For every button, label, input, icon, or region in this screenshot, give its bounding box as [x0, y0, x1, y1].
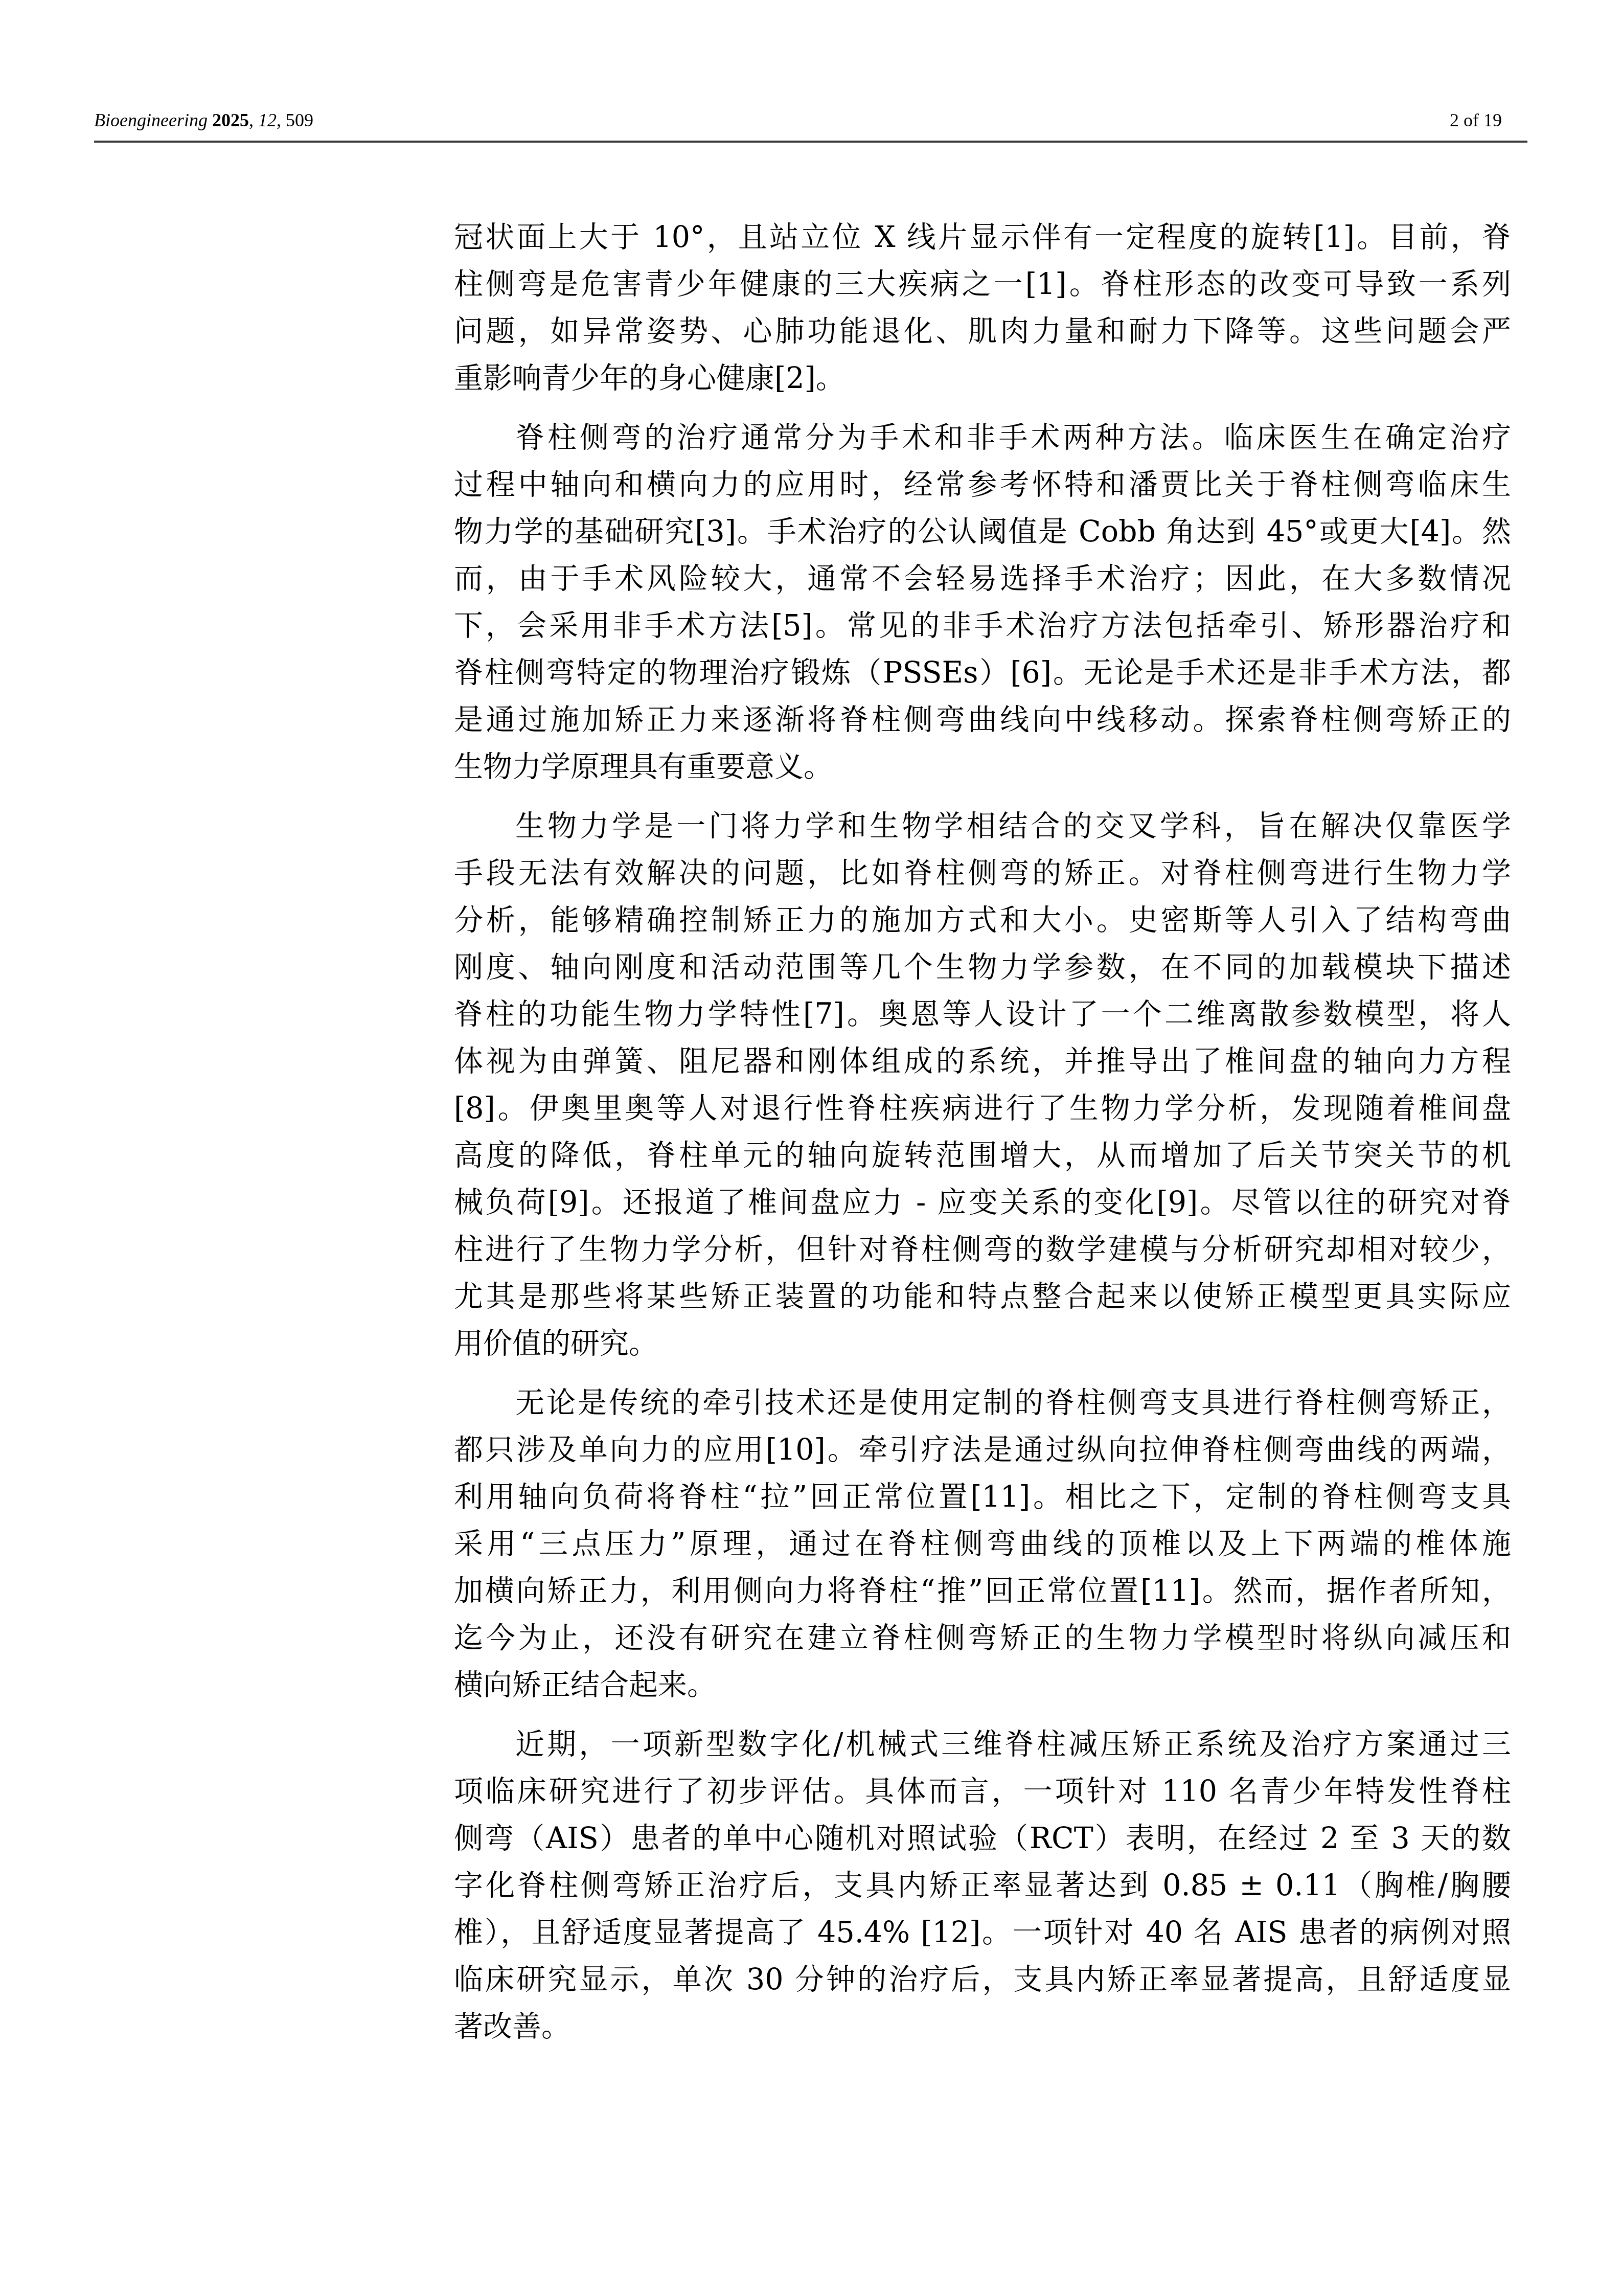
running-header: Bioengineering 2025, 12, 509 2 of 19: [94, 105, 1527, 135]
body-text: 冠状面上大于 10°，且站立位 X 线片显示伴有一定程度的旋转[1]。目前，脊 …: [454, 214, 1511, 2062]
journal-volume: 12: [258, 110, 277, 130]
journal-year: 2025: [212, 110, 249, 130]
text-line: 械负荷[9]。还报道了椎间盘应力 - 应变关系的变化[9]。尽管以往的研究对脊: [454, 1179, 1511, 1226]
text-line: 用价值的研究。: [454, 1320, 1511, 1367]
text-line: 刚度、轴向刚度和活动范围等几个生物力学参数，在不同的加载模块下描述: [454, 944, 1511, 991]
text-line: 问题，如异常姿势、心肺功能退化、肌肉力量和耐力下降等。这些问题会严: [454, 308, 1511, 355]
text-line: 物力学的基础研究[3]。手术治疗的公认阈值是 Cobb 角达到 45°或更大[4…: [454, 508, 1511, 555]
text-line: 生物力学原理具有重要意义。: [454, 743, 1511, 790]
text-line: 重影响青少年的身心健康[2]。: [454, 355, 1511, 402]
text-line: 下，会采用非手术方法[5]。常见的非手术治疗方法包括牵引、矫形器治疗和: [454, 602, 1511, 649]
text-line: 而，由于手术风险较大，通常不会轻易选择手术治疗；因此，在大多数情况: [454, 555, 1511, 602]
text-line: 尤其是那些将某些矫正装置的功能和特点整合起来以使矫正模型更具实际应: [454, 1273, 1511, 1320]
text-line: 柱进行了生物力学分析，但针对脊柱侧弯的数学建模与分析研究却相对较少，: [454, 1226, 1511, 1273]
text-line: 脊柱的功能生物力学特性[7]。奥恩等人设计了一个二维离散参数模型，将人: [454, 991, 1511, 1038]
text-line: 采用“三点压力”原理，通过在脊柱侧弯曲线的顶椎以及上下两端的椎体施: [454, 1520, 1511, 1567]
text-line: 临床研究显示，单次 30 分钟的治疗后，支具内矫正率显著提高，且舒适度显: [454, 1956, 1511, 2003]
text-line: 生物力学是一门将力学和生物学相结合的交叉学科，旨在解决仅靠医学: [454, 803, 1511, 850]
paragraph-4: 无论是传统的牵引技术还是使用定制的脊柱侧弯支具进行脊柱侧弯矫正， 都只涉及单向力…: [454, 1379, 1511, 1709]
paragraph-1: 冠状面上大于 10°，且站立位 X 线片显示伴有一定程度的旋转[1]。目前，脊 …: [454, 214, 1511, 402]
text-line: 字化脊柱侧弯矫正治疗后，支具内矫正率显著达到 0.85 ± 0.11（胸椎/胸腰: [454, 1862, 1511, 1909]
text-line: 高度的降低，脊柱单元的轴向旋转范围增大，从而增加了后关节突关节的机: [454, 1132, 1511, 1179]
text-line: 是通过施加矫正力来逐渐将脊柱侧弯曲线向中线移动。探索脊柱侧弯矫正的: [454, 696, 1511, 743]
paragraph-3: 生物力学是一门将力学和生物学相结合的交叉学科，旨在解决仅靠医学 手段无法有效解决…: [454, 803, 1511, 1367]
journal-citation: Bioengineering 2025, 12, 509: [94, 105, 313, 135]
paragraph-2: 脊柱侧弯的治疗通常分为手术和非手术两种方法。临床医生在确定治疗 过程中轴向和横向…: [454, 414, 1511, 790]
text-line: 近期，一项新型数字化/机械式三维脊柱减压矫正系统及治疗方案通过三: [454, 1721, 1511, 1768]
text-line: 利用轴向负荷将脊柱“拉”回正常位置[11]。相比之下，定制的脊柱侧弯支具: [454, 1473, 1511, 1520]
article-number: 509: [286, 110, 313, 130]
text-line: 椎），且舒适度显著提高了 45.4% [12]。一项针对 40 名 AIS 患者…: [454, 1909, 1511, 1956]
text-line: 体视为由弹簧、阻尼器和刚体组成的系统，并推导出了椎间盘的轴向力方程: [454, 1038, 1511, 1085]
text-line: 分析，能够精确控制矫正力的施加方式和大小。史密斯等人引入了结构弯曲: [454, 897, 1511, 944]
text-line: 无论是传统的牵引技术还是使用定制的脊柱侧弯支具进行脊柱侧弯矫正，: [454, 1379, 1511, 1426]
text-line: 过程中轴向和横向力的应用时，经常参考怀特和潘贾比关于脊柱侧弯临床生: [454, 461, 1511, 508]
text-line: 柱侧弯是危害青少年健康的三大疾病之一[1]。脊柱形态的改变可导致一系列: [454, 261, 1511, 308]
text-line: 冠状面上大于 10°，且站立位 X 线片显示伴有一定程度的旋转[1]。目前，脊: [454, 214, 1511, 261]
text-line: 都只涉及单向力的应用[10]。牵引疗法是通过纵向拉伸脊柱侧弯曲线的两端，: [454, 1426, 1511, 1473]
journal-name: Bioengineering: [94, 110, 208, 130]
page-number: 2 of 19: [1450, 105, 1502, 135]
text-line: [8]。伊奥里奥等人对退行性脊柱疾病进行了生物力学分析，发现随着椎间盘: [454, 1085, 1511, 1132]
text-line: 侧弯（AIS）患者的单中心随机对照试验（RCT）表明，在经过 2 至 3 天的数: [454, 1815, 1511, 1862]
text-line: 手段无法有效解决的问题，比如脊柱侧弯的矫正。对脊柱侧弯进行生物力学: [454, 850, 1511, 897]
text-line: 脊柱侧弯的治疗通常分为手术和非手术两种方法。临床医生在确定治疗: [454, 414, 1511, 461]
text-line: 迄今为止，还没有研究在建立脊柱侧弯矫正的生物力学模型时将纵向减压和: [454, 1615, 1511, 1662]
paragraph-5: 近期，一项新型数字化/机械式三维脊柱减压矫正系统及治疗方案通过三 项临床研究进行…: [454, 1721, 1511, 2050]
text-line: 项临床研究进行了初步评估。具体而言，一项针对 110 名青少年特发性脊柱: [454, 1768, 1511, 1815]
text-line: 脊柱侧弯特定的物理治疗锻炼（PSSEs）[6]。无论是手术还是非手术方法，都: [454, 649, 1511, 696]
text-line: 著改善。: [454, 2003, 1511, 2050]
text-line: 横向矫正结合起来。: [454, 1662, 1511, 1709]
text-line: 加横向矫正力，利用侧向力将脊柱“推”回正常位置[11]。然而，据作者所知，: [454, 1567, 1511, 1615]
header-rule: [94, 141, 1527, 143]
